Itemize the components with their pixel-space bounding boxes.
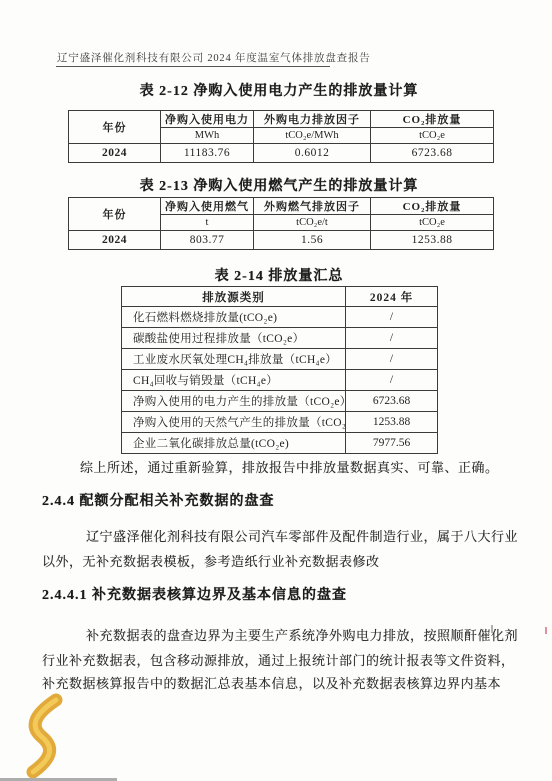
t214-row-label: 化石燃料燃烧排放量(tCO₂e) [122,307,346,328]
table-row: 年份 净购入使用电力 外购电力排放因子 CO₂排放量 [69,111,494,128]
paragraph-2-4-4-1-line3: 补充数据核算报告中的数据汇总表基本信息，以及补充数据表核算边界内基本 [42,673,501,692]
t212-year-value: 2024 [69,144,161,163]
t213-col3-value: 1253.88 [371,231,494,250]
t212-col1-value: 11183.76 [161,144,254,163]
yellow-ribbon-mark [20,693,68,779]
t213-col2-unit: tCO₂e/t [254,215,371,231]
table-2-13-caption: 表 2-13 净购入使用燃气产生的排放量计算 [140,175,419,195]
header-divider-line [56,66,330,67]
t214-row-value: / [346,370,438,391]
t212-col2-header: 外购电力排放因子 [254,111,371,128]
t214-row-value: 7977.56 [346,433,438,454]
t212-col1-unit: MWh [161,128,254,144]
table-row: 2024 11183.76 0.6012 6723.68 [69,144,494,163]
t214-year-header: 2024 年 [346,287,438,307]
t212-col3-unit: tCO₂e [371,128,494,144]
table-row: 净购入使用的天然气产生的排放量（tCO₂e） 1253.88 [122,412,438,433]
t214-source-header: 排放源类别 [122,287,346,307]
t214-row-label: 净购入使用的天然气产生的排放量（tCO₂e） [122,412,346,433]
table-2-14-emissions-summary: 排放源类别 2024 年 化石燃料燃烧排放量(tCO₂e) / 碳酸盐使用过程排… [121,286,438,454]
table-2-12-electricity-emissions: 年份 净购入使用电力 外购电力排放因子 CO₂排放量 MWh tCO₂e/MWh… [68,110,494,163]
t214-row-value: 6723.68 [346,391,438,412]
paragraph-2-4-4-line2: 以外，无补充数据表模板，参考造纸行业补充数据表修改 [42,551,380,570]
t214-row-label: CH₄回收与销毁量（tCH₄e） [122,370,346,391]
paragraph-2-4-4-1-line1: 补充数据表的盘查边界为主要生产系统净外购电力排放，按照顺酐催化剂 [86,625,518,644]
t212-year-header: 年份 [69,111,161,144]
t214-row-label: 企业二氧化碳排放总量(tCO₂e) [122,433,346,454]
t214-row-label: 碳酸盐使用过程排放量（tCO₂e） [122,328,346,349]
table-2-14-caption: 表 2-14 排放量汇总 [215,265,344,285]
t213-year-value: 2024 [69,231,161,250]
table-row: 碳酸盐使用过程排放量（tCO₂e） / [122,328,438,349]
table-row: 排放源类别 2024 年 [122,287,438,307]
table-row: 年份 净购入使用燃气 外购燃气排放因子 CO₂排放量 [69,198,494,215]
t214-row-label: 净购入使用的电力产生的排放量（tCO₂e） [122,391,346,412]
t212-col3-header: CO₂排放量 [371,111,494,128]
scan-speck-pink [545,627,547,634]
scanned-document-page: 辽宁盛泽催化剂科技有限公司 2024 年度温室气体排放盘查报告 表 2-12 净… [0,0,552,781]
t212-col2-value: 0.6012 [254,144,371,163]
table-row: 工业废水厌氧处理CH₄排放量（tCH₄e） / [122,349,438,370]
t212-col3-value: 6723.68 [371,144,494,163]
paragraph-2-4-4-line1: 辽宁盛泽催化剂科技有限公司汽车零部件及配件制造行业，属于八大行业 [86,526,518,545]
t213-year-header: 年份 [69,198,161,231]
t213-col3-header: CO₂排放量 [371,198,494,215]
t214-row-value: 1253.88 [346,412,438,433]
t214-row-value: / [346,349,438,370]
table-row: 化石燃料燃烧排放量(tCO₂e) / [122,307,438,328]
scan-speck-gray [491,625,493,633]
table-row: 2024 803.77 1.56 1253.88 [69,231,494,250]
table-2-13-gas-emissions: 年份 净购入使用燃气 外购燃气排放因子 CO₂排放量 t tCO₂e/t tCO… [68,197,494,250]
table-2-12-caption: 表 2-12 净购入使用电力产生的排放量计算 [140,80,419,100]
t213-col1-header: 净购入使用燃气 [161,198,254,215]
table-row: 净购入使用的电力产生的排放量（tCO₂e） 6723.68 [122,391,438,412]
section-heading-2-4-4-1: 2.4.4.1 补充数据表核算边界及基本信息的盘查 [42,584,347,604]
table-row: CH₄回收与销毁量（tCH₄e） / [122,370,438,391]
table-row: 企业二氧化碳排放总量(tCO₂e) 7977.56 [122,433,438,454]
section-heading-2-4-4: 2.4.4 配额分配相关补充数据的盘查 [42,490,275,510]
t213-col3-unit: tCO₂e [371,215,494,231]
t212-col2-unit: tCO₂e/MWh [254,128,371,144]
report-header-text: 辽宁盛泽催化剂科技有限公司 2024 年度温室气体排放盘查报告 [57,50,371,65]
t213-col1-value: 803.77 [161,231,254,250]
paragraph-2-4-4-1-line2: 行业补充数据表，包含移动源排放，通过上报统计部门的统计报表等文件资料， [42,650,515,669]
t214-row-value: / [346,307,438,328]
summary-paragraph: 综上所述，通过重新验算，排放报告中排放量数据真实、可靠、正确。 [80,457,499,476]
t213-col2-value: 1.56 [254,231,371,250]
t214-row-label: 工业废水厌氧处理CH₄排放量（tCH₄e） [122,349,346,370]
t213-col1-unit: t [161,215,254,231]
t213-col2-header: 外购燃气排放因子 [254,198,371,215]
t214-row-value: / [346,328,438,349]
t212-col1-header: 净购入使用电力 [161,111,254,128]
